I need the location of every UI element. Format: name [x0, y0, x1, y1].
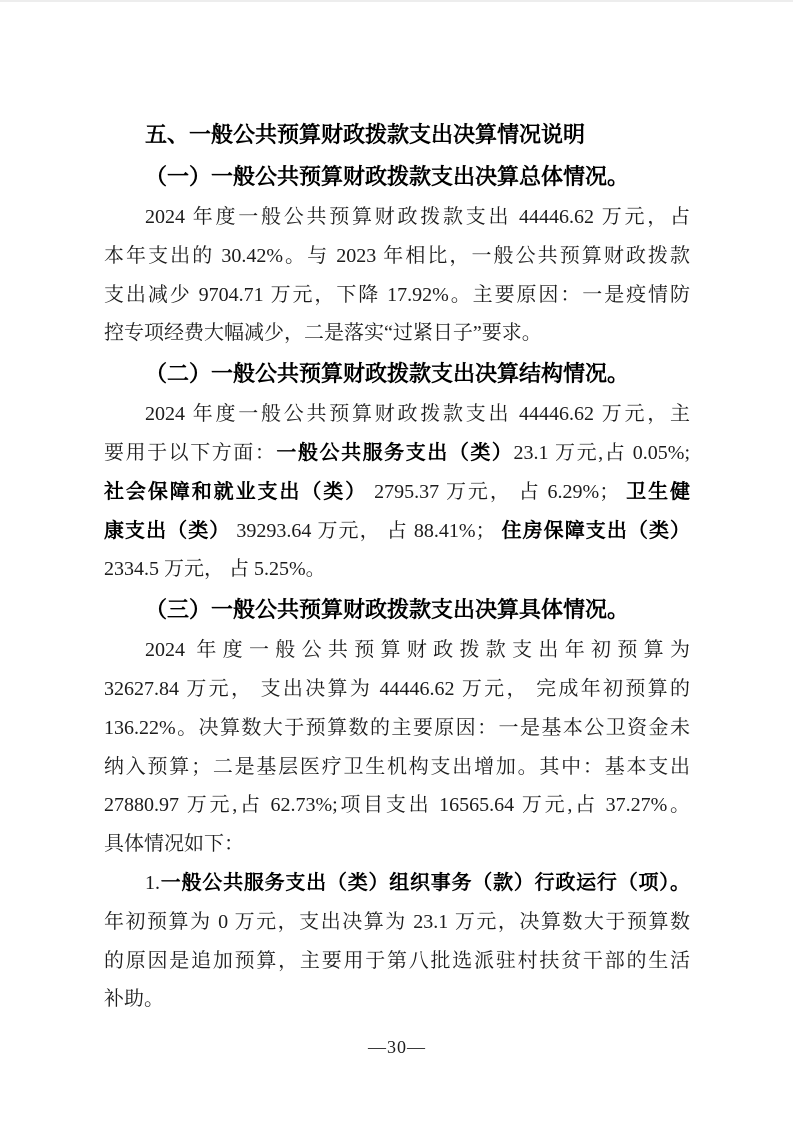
- text-segment: 的原因是追加预算，主要用于第八批选派驻村扶贫干部的生活: [104, 950, 690, 972]
- text-segment: 年初预算为 0 万元，支出决算为 23.1 万元，决算数大于预算数: [104, 911, 690, 933]
- text-segment: 补助。: [104, 988, 164, 1010]
- text-segment: 2024 年度一般公共预算财政拨款支出 44446.62 万元，主: [145, 403, 690, 425]
- text-segment: 2024 年度一般公共预算财政拨款支出 44446.62 万元，占: [145, 206, 690, 228]
- text-line: 2024 年度一般公共预算财政拨款支出 44446.62 万元，主: [104, 395, 690, 434]
- section-heading: （三）一般公共预算财政拨款支出决算具体情况。: [104, 589, 690, 631]
- section-heading: （二）一般公共预算财政拨款支出决算结构情况。: [104, 353, 690, 395]
- text-line: 具体情况如下：: [104, 825, 690, 864]
- bold-text-segment: 一般公共服务支出（类）: [276, 442, 513, 464]
- text-segment: 控专项经费大幅减少，二是落实“过紧日子”要求。: [104, 322, 542, 344]
- bold-text-segment: 一般公共服务支出（类）组织事务（款）行政运行（项）。: [160, 872, 690, 894]
- page-top-scan-edge: [0, 0, 793, 2]
- text-segment: 支出减少 9704.71 万元，下降 17.92%。主要原因：一是疫情防: [104, 284, 690, 306]
- text-line: 纳入预算；二是基层医疗卫生机构支出增加。其中：基本支出: [104, 748, 690, 787]
- bold-text-segment: 康支出（类）: [104, 520, 230, 542]
- text-line: 136.22%。决算数大于预算数的主要原因：一是基本公卫资金未: [104, 709, 690, 748]
- section-heading: （一）一般公共预算财政拨款支出决算总体情况。: [104, 156, 690, 198]
- text-line: 社会保障和就业支出（类） 2795.37 万元， 占 6.29%； 卫生健: [104, 473, 690, 512]
- text-segment: 2334.5 万元， 占 5.25%。: [104, 558, 326, 580]
- text-segment: 2795.37 万元， 占 6.29%；: [367, 481, 626, 503]
- text-segment: 要用于以下方面：: [104, 442, 276, 464]
- text-segment: 136.22%。决算数大于预算数的主要原因：一是基本公卫资金未: [104, 717, 690, 739]
- text-line: 本年支出的 30.42%。与 2023 年相比，一般公共预算财政拨款: [104, 237, 690, 276]
- text-segment: 1.: [145, 872, 160, 894]
- page-number: —30—: [104, 1036, 690, 1058]
- text-line: 补助。: [104, 980, 690, 1019]
- text-segment: 本年支出的 30.42%。与 2023 年相比，一般公共预算财政拨款: [104, 245, 690, 267]
- paragraph: 2024 年度一般公共预算财政拨款支出 44446.62 万元，主要用于以下方面…: [104, 395, 690, 589]
- text-segment: 2024 年度一般公共预算财政拨款支出年初预算为: [145, 639, 690, 661]
- text-line: 1.一般公共服务支出（类）组织事务（款）行政运行（项）。: [104, 864, 690, 903]
- paragraph: 1.一般公共服务支出（类）组织事务（款）行政运行（项）。年初预算为 0 万元，支…: [104, 864, 690, 1019]
- text-line: 2024 年度一般公共预算财政拨款支出 44446.62 万元，占: [104, 198, 690, 237]
- text-segment: 32627.84 万元， 支出决算为 44446.62 万元， 完成年初预算的: [104, 678, 690, 700]
- text-line: 32627.84 万元， 支出决算为 44446.62 万元， 完成年初预算的: [104, 670, 690, 709]
- text-line: 年初预算为 0 万元，支出决算为 23.1 万元，决算数大于预算数: [104, 903, 690, 942]
- text-line: 27880.97 万元,占 62.73%;项目支出 16565.64 万元,占 …: [104, 786, 690, 825]
- text-segment: 具体情况如下：: [104, 833, 244, 855]
- text-line: 的原因是追加预算，主要用于第八批选派驻村扶贫干部的生活: [104, 942, 690, 981]
- text-segment: 23.1 万元,占 0.05%;: [514, 442, 691, 464]
- text-line: 支出减少 9704.71 万元，下降 17.92%。主要原因：一是疫情防: [104, 276, 690, 315]
- paragraph: 2024 年度一般公共预算财政拨款支出年初预算为32627.84 万元， 支出决…: [104, 631, 690, 864]
- text-line: 康支出（类） 39293.64 万元， 占 88.41%； 住房保障支出（类）: [104, 512, 690, 551]
- text-line: 2024 年度一般公共预算财政拨款支出年初预算为: [104, 631, 690, 670]
- text-segment: 27880.97 万元,占 62.73%;项目支出 16565.64 万元,占 …: [104, 794, 690, 816]
- document-body: 五、一般公共预算财政拨款支出决算情况说明（一）一般公共预算财政拨款支出决算总体情…: [104, 114, 690, 1019]
- text-line: 要用于以下方面：一般公共服务支出（类）23.1 万元,占 0.05%;: [104, 434, 690, 473]
- text-line: 控专项经费大幅减少，二是落实“过紧日子”要求。: [104, 314, 690, 353]
- bold-text-segment: 卫生健: [626, 481, 690, 503]
- bold-text-segment: 住房保障支出（类）: [502, 520, 690, 542]
- text-segment: 纳入预算；二是基层医疗卫生机构支出增加。其中：基本支出: [104, 756, 690, 778]
- document-page: 五、一般公共预算财政拨款支出决算情况说明（一）一般公共预算财政拨款支出决算总体情…: [0, 0, 793, 1058]
- paragraph: 2024 年度一般公共预算财政拨款支出 44446.62 万元，占本年支出的 3…: [104, 198, 690, 353]
- section-heading: 五、一般公共预算财政拨款支出决算情况说明: [104, 114, 690, 156]
- text-line: 2334.5 万元， 占 5.25%。: [104, 550, 690, 589]
- text-segment: 39293.64 万元， 占 88.41%；: [230, 520, 501, 542]
- bold-text-segment: 社会保障和就业支出（类）: [104, 481, 367, 503]
